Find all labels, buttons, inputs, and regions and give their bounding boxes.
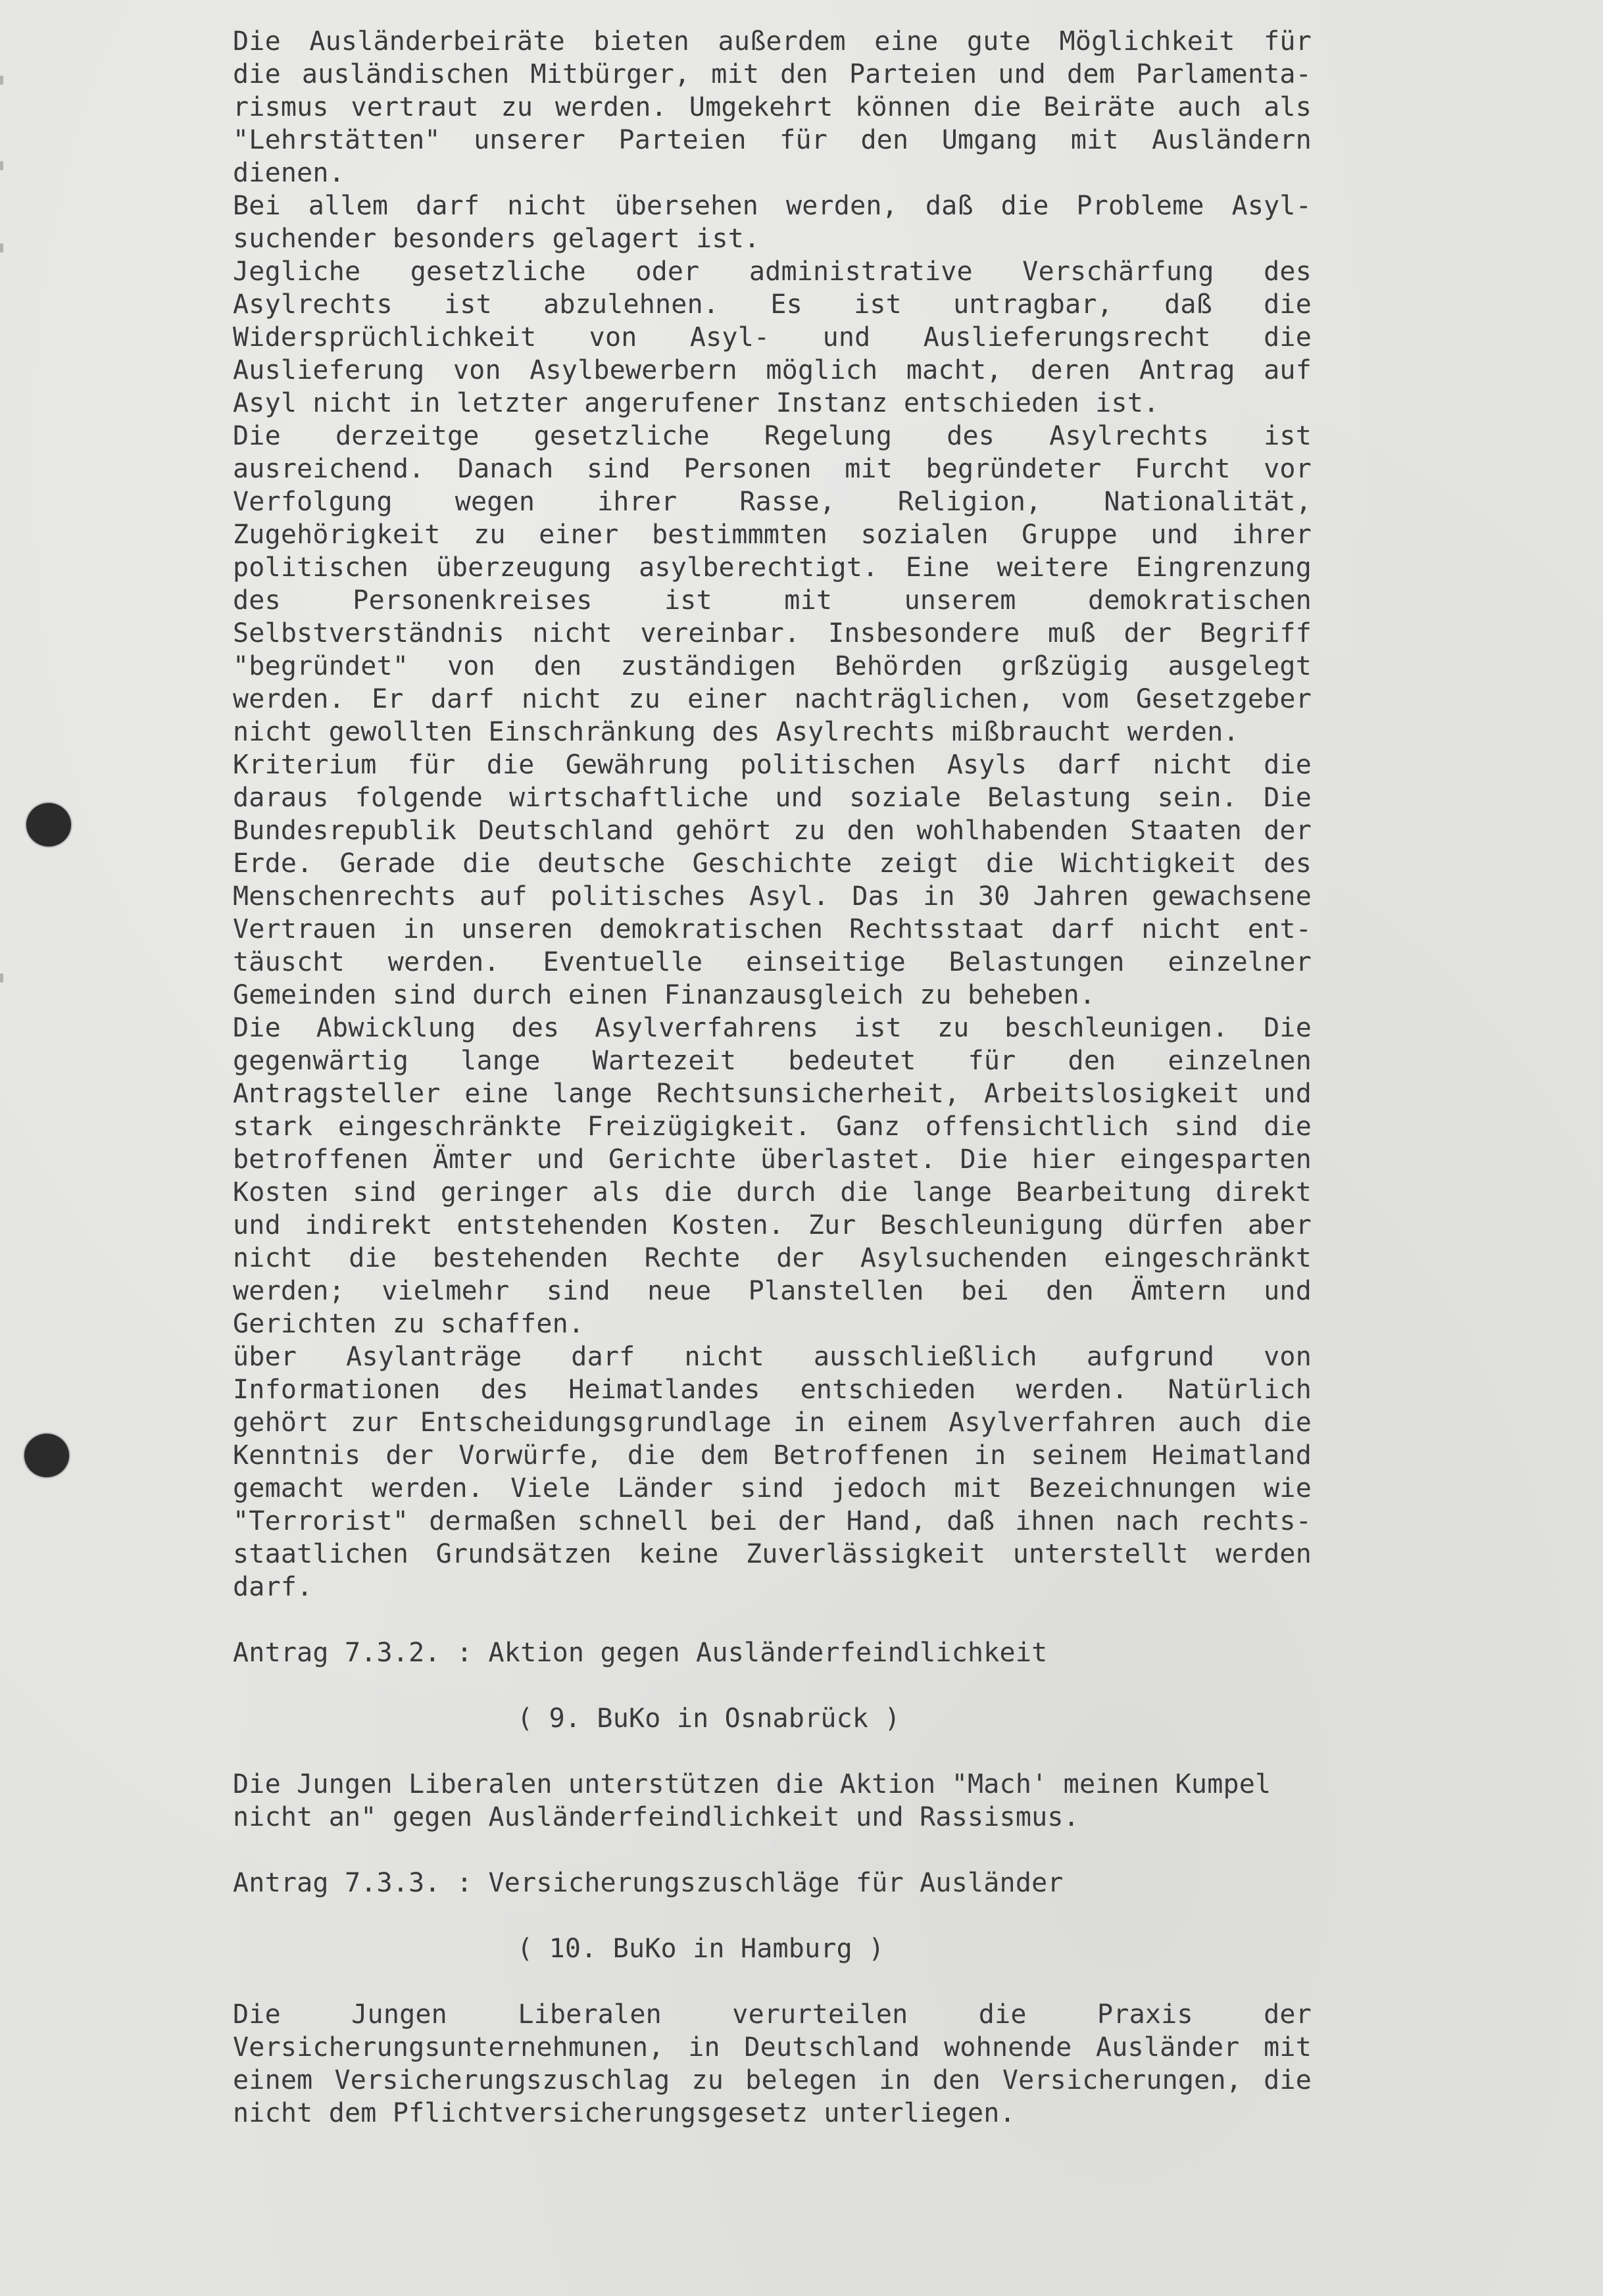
text-line: Die Abwicklung des Asylverfahrens ist zu… <box>233 1012 1312 1044</box>
text-line: dienen. <box>233 157 1312 189</box>
text-line: Bei allem darf nicht übersehen werden, d… <box>233 189 1312 222</box>
text-line: Die derzeitge gesetzliche Regelung des A… <box>233 420 1312 452</box>
text-line: ausreichend. Danach sind Personen mit be… <box>233 452 1312 485</box>
text-line: Bundesrepublik Deutschland gehört zu den… <box>233 814 1312 847</box>
edge-mark <box>0 161 3 170</box>
blank-line <box>233 1669 1312 1702</box>
text-line: Antrag 7.3.3. : Versicherungszuschläge f… <box>233 1867 1312 1899</box>
punch-hole-upper <box>26 803 71 846</box>
text-line: Erde. Gerade die deutsche Geschichte zei… <box>233 847 1312 880</box>
text-line: Menschenrechts auf politisches Asyl. Das… <box>233 880 1312 913</box>
text-line: Antragsteller eine lange Rechtsunsicherh… <box>233 1077 1312 1110</box>
text-line: Auslieferung von Asylbewerbern möglich m… <box>233 354 1312 387</box>
blank-line <box>233 1603 1312 1636</box>
text-line: Versicherungsunternehmunen, in Deutschla… <box>233 2031 1312 2064</box>
text-line: "begründet" von den zuständigen Behörden… <box>233 650 1312 683</box>
text-line: die ausländischen Mitbürger, mit den Par… <box>233 58 1312 91</box>
text-line: Vertrauen in unseren demokratischen Rech… <box>233 913 1312 946</box>
text-line: darf. <box>233 1571 1312 1603</box>
text-line: "Lehrstätten" unserer Parteien für den U… <box>233 124 1312 157</box>
text-line: des Personenkreises ist mit unserem demo… <box>233 584 1312 617</box>
text-line: täuscht werden. Eventuelle einseitige Be… <box>233 946 1312 979</box>
text-line: rismus vertraut zu werden. Umgekehrt kön… <box>233 91 1312 124</box>
blank-line <box>233 1965 1312 1998</box>
paragraph: Die Jungen Liberalen verurteilen die Pra… <box>233 1998 1312 2130</box>
text-line: Kosten sind geringer als die durch die l… <box>233 1176 1312 1209</box>
text-line: über Asylanträge darf nicht ausschließli… <box>233 1340 1312 1373</box>
motion-source: ( 9. BuKo in Osnabrück ) <box>233 1702 1312 1735</box>
text-line: Asyl nicht in letzter angerufener Instan… <box>233 387 1312 420</box>
blank-line <box>233 1834 1312 1867</box>
text-line: nicht die bestehenden Rechte der Asylsuc… <box>233 1242 1312 1275</box>
text-line: werden; vielmehr sind neue Planstellen b… <box>233 1275 1312 1307</box>
text-line: suchender besonders gelagert ist. <box>233 222 1312 255</box>
text-line: betroffenen Ämter und Gerichte überlaste… <box>233 1143 1312 1176</box>
paragraph: Die Ausländerbeiräte bieten außerdem ein… <box>233 25 1312 1603</box>
paragraph: Die Jungen Liberalen unterstützen die Ak… <box>233 1768 1312 1834</box>
document-body: Die Ausländerbeiräte bieten außerdem ein… <box>233 25 1312 2130</box>
text-line: und indirekt entstehenden Kosten. Zur Be… <box>233 1209 1312 1242</box>
text-line: politischen überzeugung asylberechtigt. … <box>233 551 1312 584</box>
edge-mark <box>0 243 3 253</box>
text-line: gegenwärtig lange Wartezeit bedeutet für… <box>233 1044 1312 1077</box>
text-line: Widersprüchlichkeit von Asyl- und Auslie… <box>233 321 1312 354</box>
text-line: Antrag 7.3.2. : Aktion gegen Ausländerfe… <box>233 1636 1312 1669</box>
text-line: gehört zur Entscheidungsgrundlage in ein… <box>233 1406 1312 1439</box>
edge-mark <box>0 76 3 85</box>
text-line: nicht gewollten Einschränkung des Asylre… <box>233 716 1312 748</box>
text-line: Asylrechts ist abzulehnen. Es ist untrag… <box>233 288 1312 321</box>
edge-mark <box>0 973 3 983</box>
text-line: Die Jungen Liberalen unterstützen die Ak… <box>233 1768 1312 1801</box>
text-line: ( 9. BuKo in Osnabrück ) <box>233 1702 1312 1735</box>
text-line: Kriterium für die Gewährung politischen … <box>233 748 1312 781</box>
text-line: Kenntnis der Vorwürfe, die dem Betroffen… <box>233 1439 1312 1472</box>
text-line: Zugehörigkeit zu einer bestimmmten sozia… <box>233 518 1312 551</box>
text-line: nicht dem Pflichtversicherungsgesetz unt… <box>233 2097 1312 2130</box>
punch-hole-lower <box>24 1434 69 1477</box>
text-line: Gemeinden sind durch einen Finanzausglei… <box>233 979 1312 1012</box>
motion-source: ( 10. BuKo in Hamburg ) <box>233 1932 1312 1965</box>
text-line: ( 10. BuKo in Hamburg ) <box>233 1932 1312 1965</box>
blank-line <box>233 1899 1312 1932</box>
text-line: Selbstverständnis nicht vereinbar. Insbe… <box>233 617 1312 650</box>
text-line: "Terrorist" dermaßen schnell bei der Han… <box>233 1505 1312 1538</box>
text-line: werden. Er darf nicht zu einer nachträgl… <box>233 683 1312 716</box>
text-line: stark eingeschränkte Freizügigkeit. Ganz… <box>233 1110 1312 1143</box>
text-line: Die Jungen Liberalen verurteilen die Pra… <box>233 1998 1312 2031</box>
text-line: einem Versicherungszuschlag zu belegen i… <box>233 2064 1312 2097</box>
text-line: Die Ausländerbeiräte bieten außerdem ein… <box>233 25 1312 58</box>
text-line: staatlichen Grundsätzen keine Zuverlässi… <box>233 1538 1312 1571</box>
text-line: nicht an" gegen Ausländerfeindlichkeit u… <box>233 1801 1312 1834</box>
text-line: Jegliche gesetzliche oder administrative… <box>233 255 1312 288</box>
text-line: Verfolgung wegen ihrer Rasse, Religion, … <box>233 485 1312 518</box>
motion-heading: Antrag 7.3.2. : Aktion gegen Ausländerfe… <box>233 1636 1312 1669</box>
motion-heading: Antrag 7.3.3. : Versicherungszuschläge f… <box>233 1867 1312 1899</box>
text-line: gemacht werden. Viele Länder sind jedoch… <box>233 1472 1312 1505</box>
text-line: Informationen des Heimatlandes entschied… <box>233 1373 1312 1406</box>
text-line: Gerichten zu schaffen. <box>233 1307 1312 1340</box>
text-line: daraus folgende wirtschaftliche und sozi… <box>233 781 1312 814</box>
blank-line <box>233 1735 1312 1768</box>
